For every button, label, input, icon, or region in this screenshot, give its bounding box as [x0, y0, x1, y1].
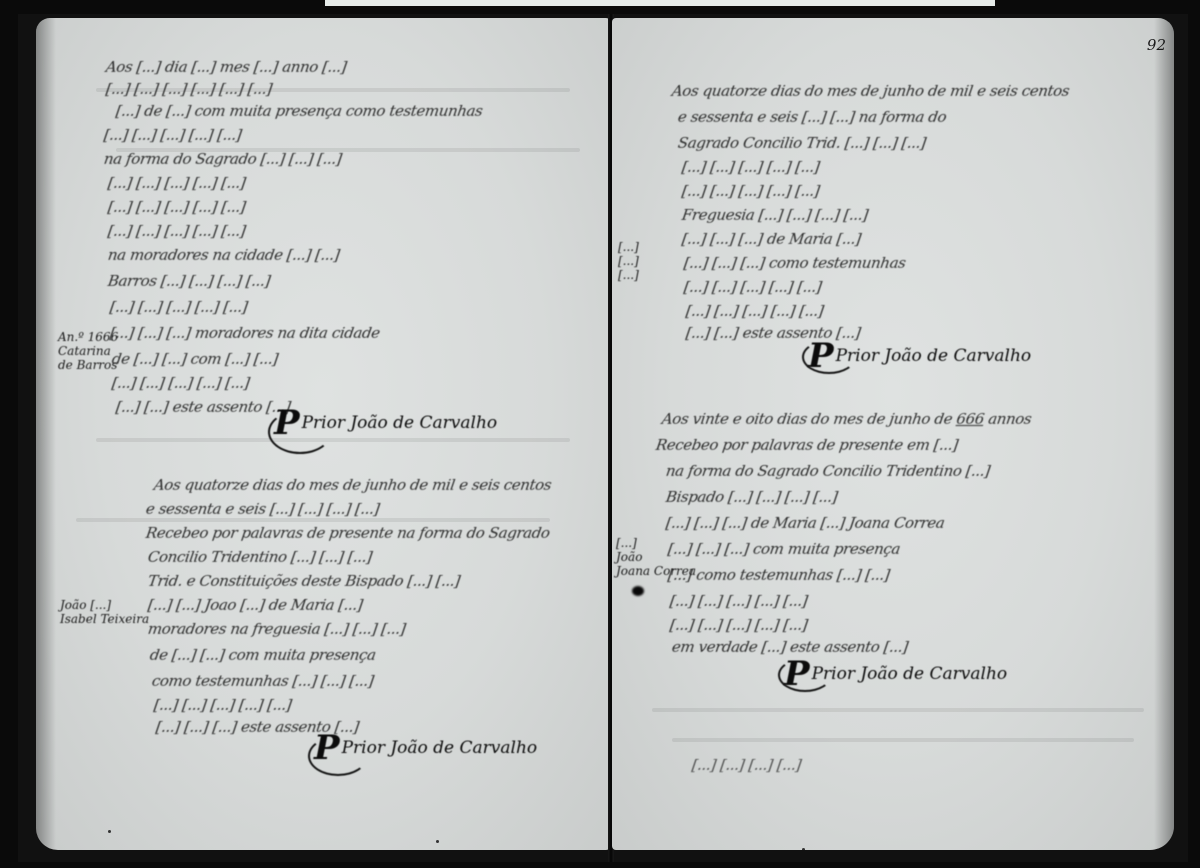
entry-line: Aos quatorze dias do mes de junho de mil…	[671, 82, 1071, 100]
bleed-through	[652, 708, 1144, 712]
entry-line: [...] [...] [...] como testemunhas	[683, 254, 907, 272]
page-number: 92	[1147, 36, 1166, 54]
entry-line: Trid. e Constituições deste Bispado [...…	[147, 572, 462, 590]
entry-line: na moradores na cidade [...] [...]	[107, 246, 341, 264]
entry-line-with-year: Aos vinte e oito dias do mes de junho de…	[661, 410, 1033, 428]
entry-line: [...] [...] [...] [...] [...]	[681, 182, 821, 200]
bleed-through	[76, 518, 550, 522]
entry-line: [...] como testemunhas [...] [...]	[667, 566, 891, 584]
entry-line: de [...] [...] com [...] [...]	[111, 350, 280, 368]
page-edge-shadow	[36, 18, 56, 850]
entry-line: Concilio Tridentino [...] [...] [...]	[147, 548, 373, 566]
entry-line: [...] [...] [...] [...] [...]	[153, 696, 293, 714]
entry-line: [...] [...] [...] [...] [...]	[107, 198, 247, 216]
entry-line: de [...] [...] com muita presença	[149, 646, 377, 664]
entry-line: Sagrado Concilio Trid. [...] [...] [...]	[677, 134, 927, 152]
margin-note: João [...] Isabel Teixeira	[60, 598, 149, 626]
paper-speck	[108, 830, 111, 833]
left-page: Aos [...] dia [...] mes [...] anno [...]…	[36, 18, 610, 850]
entry-line: [...] [...] [...] [...] [...]	[681, 158, 821, 176]
signature-flourish	[778, 658, 832, 692]
entry-line: [...] [...] [...] [...] [...]	[109, 298, 249, 316]
margin-note: [...] [...] [...]	[618, 240, 639, 282]
signature-flourish	[268, 410, 332, 454]
entry-line: [...] [...] [...] com muita presença	[667, 540, 902, 558]
margin-note: [...] João Joana Correa	[616, 536, 696, 578]
open-book: Aos [...] dia [...] mes [...] anno [...]…	[18, 14, 1188, 862]
entry-line: [...] [...] [...] [...] [...]	[103, 126, 243, 144]
entry-line: [...] [...] [...] [...] [...]	[107, 222, 247, 240]
entry-line: Aos [...] dia [...] mes [...] anno [...]	[105, 58, 348, 76]
entry-line: [...] [...] [...] [...] [...]	[669, 616, 809, 634]
page-edge-shadow	[1154, 18, 1174, 850]
entry-line: moradores na freguesia [...] [...] [...]	[147, 620, 407, 638]
signature-flourish	[308, 736, 368, 776]
entry-line: [...] [...] [...] de Maria [...]	[681, 230, 862, 248]
ink-blot	[632, 586, 644, 596]
entry-line: [...] [...] [...] [...] [...]	[669, 592, 809, 610]
scan-header-strip	[325, 0, 995, 6]
entry-line: Freguesia [...] [...] [...] [...]	[681, 206, 869, 224]
paper-speck	[802, 848, 805, 850]
entry-line: [...] [...] [...] moradores na dita cida…	[109, 324, 381, 342]
entry-line: Recebeo por palavras de presente em [...…	[655, 436, 959, 454]
entry-line: [...] [...] [...] [...] [...]	[111, 374, 251, 392]
entry-line: na forma do Sagrado [...] [...] [...]	[103, 150, 343, 168]
signature-flourish	[802, 340, 856, 374]
entry-line: Bispado [...] [...] [...] [...]	[665, 488, 839, 506]
entry-line: e sessenta e seis [...] [...] na forma d…	[677, 108, 948, 126]
entry-line: [...] [...] este assento [...]	[115, 398, 292, 416]
entry-line: [...] [...] Joao [...] de Maria [...]	[147, 596, 364, 614]
entry-line: como testemunhas [...] [...] [...]	[151, 672, 375, 690]
entry-line: na forma do Sagrado Concilio Tridentino …	[665, 462, 991, 480]
entry-line: [...] [...] [...] [...] [...]	[685, 302, 825, 320]
paper-speck	[436, 840, 439, 843]
year-value: 666	[955, 410, 985, 428]
footer-note: [...] [...] [...] [...]	[691, 756, 803, 774]
entry-line: [...] [...] [...] de Maria [...] Joana C…	[665, 514, 946, 532]
entry-line: Barros [...] [...] [...] [...]	[107, 272, 272, 290]
margin-note: An.º 1666 Catarina de Barros	[58, 330, 118, 372]
bleed-through	[672, 738, 1134, 742]
entry-line: [...] de [...] com muita presença como t…	[115, 102, 484, 120]
entry-line: [...] [...] [...] [...] [...] [...]	[105, 80, 273, 98]
right-page: 92 Aos quatorze dias do mes de junho de …	[612, 18, 1174, 850]
entry-line: [...] [...] [...] [...] [...]	[683, 278, 823, 296]
entry-line: e sessenta e seis [...] [...] [...] [...…	[145, 500, 381, 518]
entry-line: Recebeo por palavras de presente na form…	[145, 524, 551, 542]
entry-line: [...] [...] [...] [...] [...]	[107, 174, 247, 192]
entry-line: Aos quatorze dias do mes de junho de mil…	[153, 476, 553, 494]
